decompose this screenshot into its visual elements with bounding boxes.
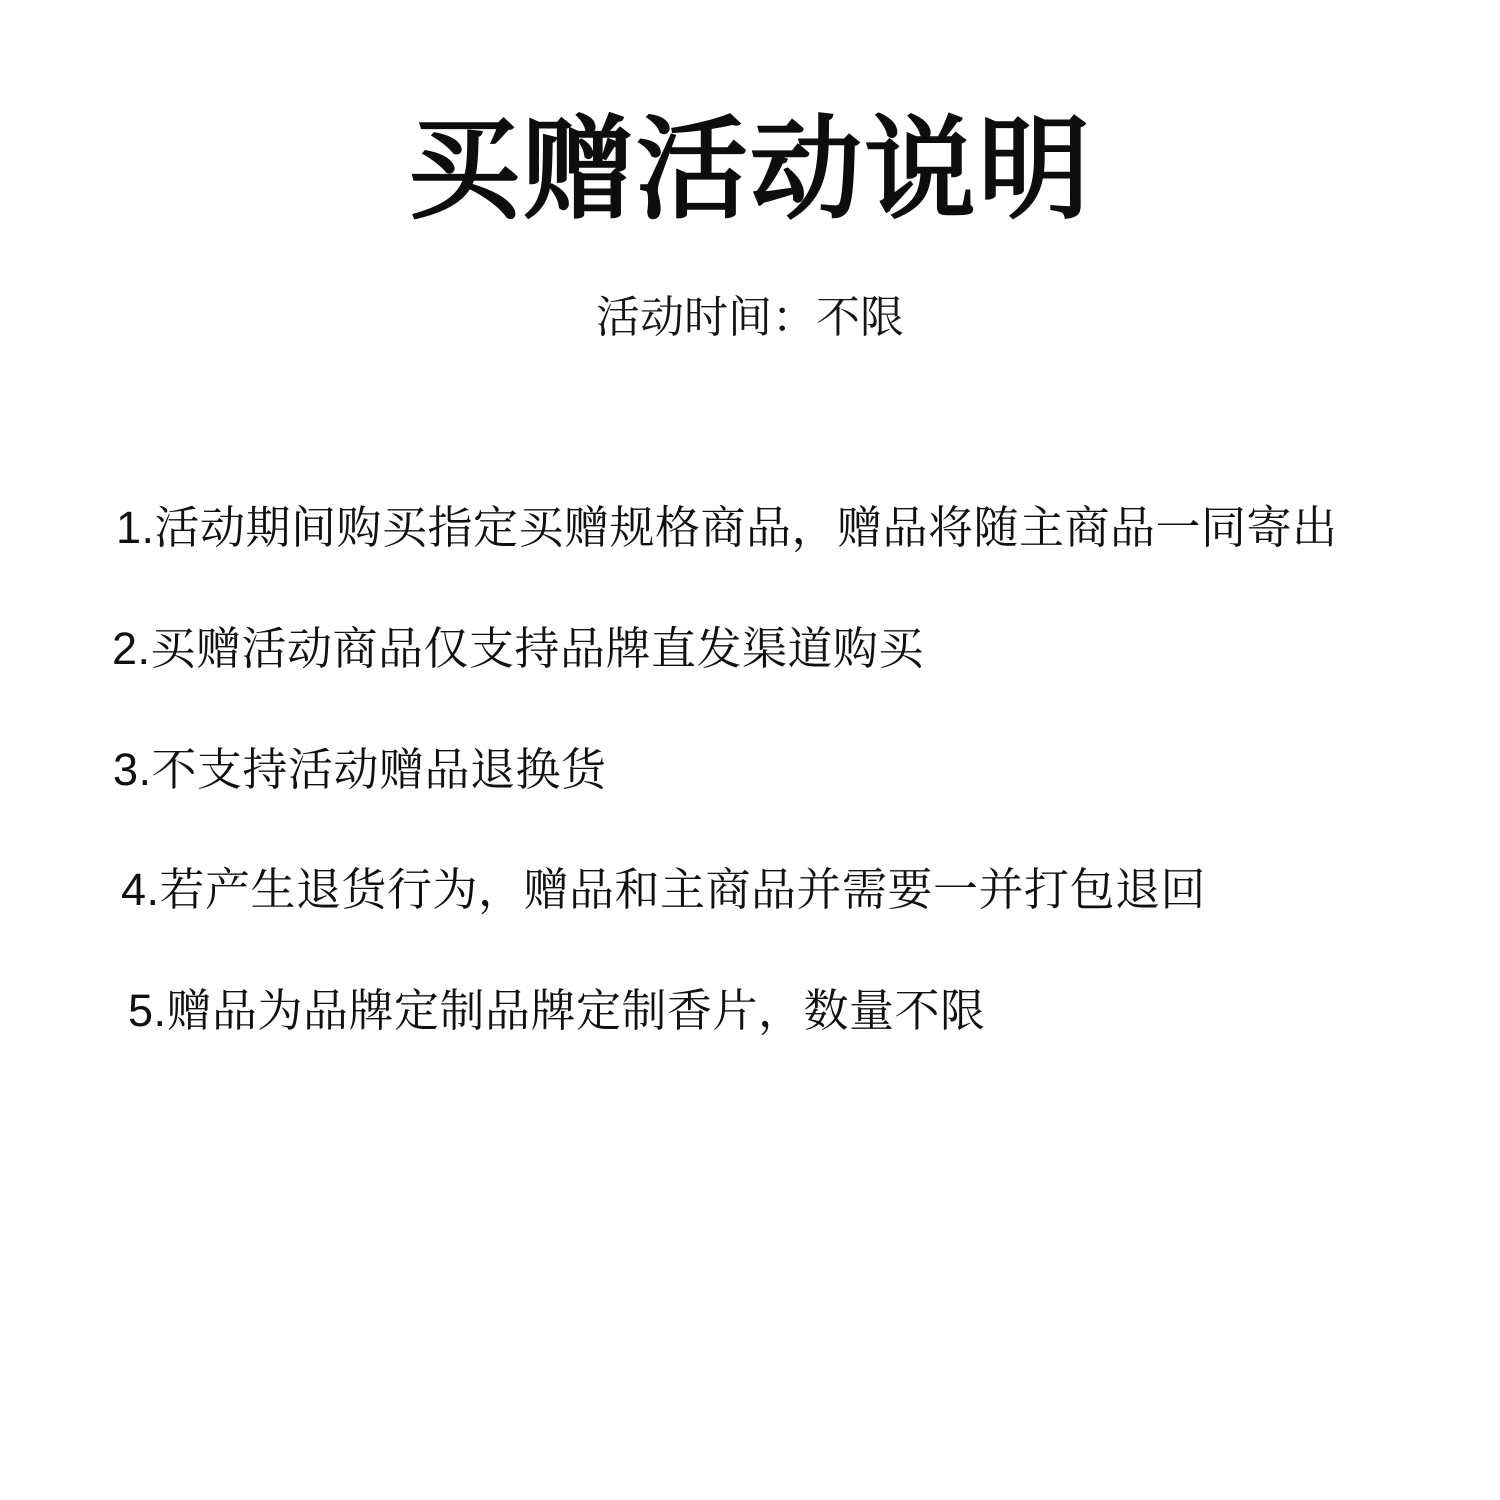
activity-time-subtitle: 活动时间：不限: [0, 296, 1500, 340]
rule-item-4: 4.若产生退货行为，赠品和主商品并需要一并打包退回: [112, 864, 1420, 916]
rule-item-3: 3.不支持活动赠品退换货: [112, 744, 1420, 796]
page-title: 买赠活动说明: [0, 0, 1500, 240]
rule-item-1: 1.活动期间购买指定买赠规格商品，赠品将随主商品一同寄出: [112, 502, 1420, 554]
promo-notice-page: 买赠活动说明 活动时间：不限 1.活动期间购买指定买赠规格商品，赠品将随主商品一…: [0, 0, 1500, 1500]
rules-list: 1.活动期间购买指定买赠规格商品，赠品将随主商品一同寄出 2.买赠活动商品仅支持…: [0, 502, 1500, 1037]
rule-item-2: 2.买赠活动商品仅支持品牌直发渠道购买: [112, 623, 1420, 675]
rule-item-5: 5.赠品为品牌定制品牌定制香片，数量不限: [112, 985, 1420, 1037]
